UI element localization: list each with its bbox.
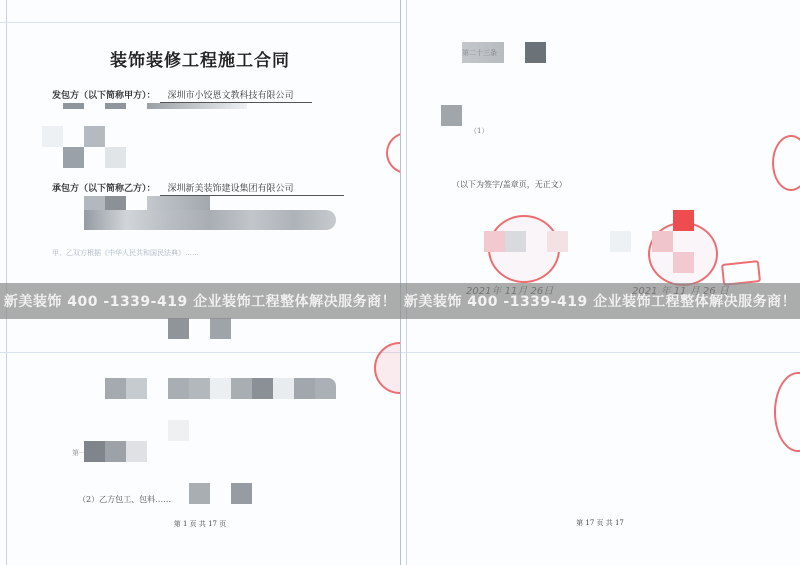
party-b-value: 深圳新美装饰建设集团有限公司 [160,181,344,196]
redaction-block [673,210,694,231]
item-1-text: （1） [470,126,488,136]
redaction-block [126,378,147,399]
party-a-label: 发包方（以下简称甲方）： [52,91,156,101]
watermark-banner: 新美装饰 400 -1339-419 企业装饰工程整体解决服务商！ [0,283,400,319]
page-footer: 第 1 页 共 17 页 [0,519,400,529]
contract-title: 装饰装修工程施工合同 [0,46,400,71]
party-a-row: 发包方（以下简称甲方）：深圳市小饺恩文教科技有限公司 [52,88,312,103]
redaction-block [84,210,336,230]
page-footer: 第 17 页 共 17 [400,518,800,528]
scan-line [0,352,400,353]
faded-text: 甲、乙双方根据《中华人民共和国民法典》…… [52,248,199,258]
item-2-text: （2）乙方包工、包料…… [78,494,171,505]
watermark-banner: 新美装饰 400 -1339-419 企业装饰工程整体解决服务商！ [400,283,800,319]
redaction-block [294,378,315,399]
redaction-block [147,103,247,109]
redaction-block [525,42,546,63]
party-b-row: 承包方（以下简称乙方）：深圳新美装饰建设集团有限公司 [52,181,344,196]
redaction-block [547,231,568,252]
redaction-block [63,147,84,168]
redaction-block [189,483,210,504]
redaction-block [105,103,126,109]
redaction-block [63,103,84,109]
redaction-block [673,252,694,273]
watermark-text: 新美装饰 400 -1339-419 企业装饰工程整体解决服务商！ [4,291,396,311]
scan-line [0,22,400,23]
redaction-block [105,147,126,168]
redaction-block [84,126,105,147]
redaction-block [652,231,673,252]
redaction-block [505,231,526,252]
signature-note: （以下为签字/盖章页，无正文） [452,179,567,190]
redaction-block [168,378,189,399]
redaction-block [126,441,147,462]
company-seal-stamp [774,372,800,452]
redaction-block [84,441,105,462]
company-seal-stamp [772,135,800,191]
redaction-block [231,483,252,504]
party-a-value: 深圳市小饺恩文教科技有限公司 [160,88,312,103]
redaction-block [105,441,126,462]
redaction-block [252,378,273,399]
scan-line [400,352,800,353]
company-seal-stamp [386,132,400,174]
redaction-block [273,378,294,399]
redaction-block [168,318,189,339]
redaction-block [610,231,631,252]
redaction-block [315,378,336,399]
redaction-block [441,105,462,126]
redaction-block [105,378,126,399]
redaction-block [189,378,210,399]
company-seal-stamp [374,342,400,394]
watermark-text: 新美装饰 400 -1339-419 企业装饰工程整体解决服务商！ [404,291,796,311]
party-b-label: 承包方（以下简称乙方）： [52,184,156,194]
redaction-block [210,318,231,339]
redaction-block [231,378,252,399]
redaction-block [42,126,63,147]
redaction-block [484,231,505,252]
redaction-block [462,42,504,63]
redaction-block [210,378,231,399]
redaction-block [168,420,189,441]
